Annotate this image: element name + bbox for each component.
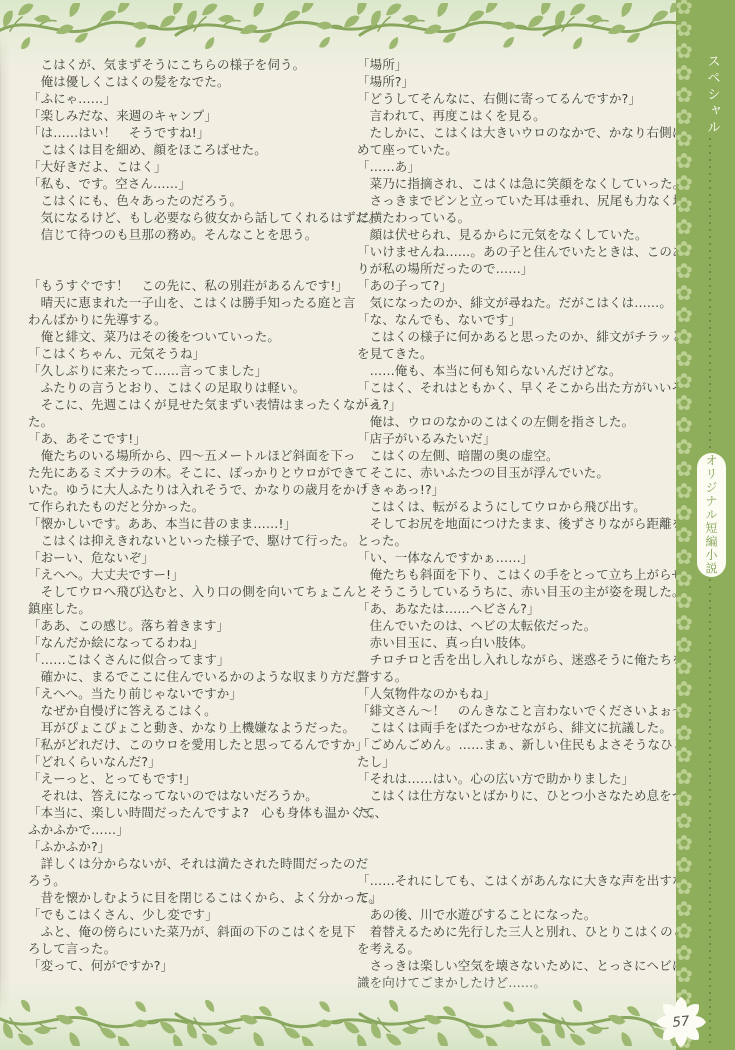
dotted-divider xyxy=(709,138,711,1044)
text-line: 赤い目玉に、真っ白い肢体。 xyxy=(357,634,675,651)
text-line: た先にあるミズナラの木。そこに、ぽっかりとウロができて xyxy=(28,464,352,481)
text-line: さっきは楽しい空気を壊さないために、とっさにヘビに意 xyxy=(357,957,675,974)
sidebar-label-category: オリジナル短編小説 xyxy=(703,454,720,576)
text-line: 「なんだか絵になってるわね」 xyxy=(28,634,352,651)
text-line: を見てきた。 xyxy=(357,345,675,362)
text-line: 「人気物件なのかもね」 xyxy=(357,685,675,702)
sidebar: ✿ ✿ ✿ ✿ ✿ ✿ ✿ ✿ ✿ ✿ ✿ ✿ ✿ ✿ ✿ ✿ ✿ ✿ ✿ ✿ … xyxy=(676,0,735,1050)
text-line: 「えへへ。大丈夫ですー!」 xyxy=(28,566,352,583)
text-line: チロチロと舌を出し入れしながら、迷惑そうに俺たちを一 xyxy=(357,651,675,668)
text-line: 「本当に、楽しい時間だったんですよ? 心も身体も温かくて、 xyxy=(28,804,352,821)
text-line: めて座っていた。 xyxy=(357,141,675,158)
text-line: 「どうしてそんなに、右側に寄ってるんですか?」 xyxy=(357,90,675,107)
text-line: 「こはく、それはともかく、早くそこから出た方がいいぞ」 xyxy=(357,379,675,396)
text-line: を考える。 xyxy=(357,940,675,957)
text-line xyxy=(357,821,675,838)
text-line: 昔を懐かしむように目を閉じるこはくから、よく分かった。 xyxy=(28,889,352,906)
text-line: 「ごめんごめん。……まぁ、新しい住民もよさそうなひとだっ xyxy=(357,736,675,753)
text-line: こはくは両手をばたつかせながら、緋文に抗議した。 xyxy=(357,719,675,736)
text-line: 「あの子って?」 xyxy=(357,277,675,294)
text-line xyxy=(357,855,675,872)
text-line xyxy=(357,838,675,855)
text-line: こはくは目を細め、顔をほころばせた。 xyxy=(28,141,352,158)
text-line: 「あ、あなたは……ヘビさん?」 xyxy=(357,600,675,617)
text-line: 「おーい、危ないぞ」 xyxy=(28,549,352,566)
text-line: こはくは仕方ないとばかりに、ひとつ小さなため息をつい xyxy=(357,787,675,804)
text-line: 俺と緋文、菜乃はその後をついていった。 xyxy=(28,328,352,345)
text-line: ふたりの言うとおり、こはくの足取りは軽い。 xyxy=(28,379,352,396)
text-line: 「緋文さん〜！ のんきなこと言わないでくださいよぉ〜!」 xyxy=(357,702,675,719)
text-line: あの後、川で水遊びすることになった。 xyxy=(357,906,675,923)
text-line: ふと、俺の傍らにいた菜乃が、斜面の下のこはくを見下 xyxy=(28,923,352,940)
story-text-column-left: こはくが、気まずそうにこちらの様子を伺う。 俺は優しくこはくの髪をなでた。「ふに… xyxy=(28,56,352,974)
text-line: 気になるけど、もし必要なら彼女から話してくれるはずだ。 xyxy=(28,209,352,226)
category-pill: オリジナル短編小説 xyxy=(697,453,726,577)
text-line: 俺は、ウロのなかのこはくの左側を指さした。 xyxy=(357,413,675,430)
text-line: 「……あ」 xyxy=(357,158,675,175)
text-line: 瞥する。 xyxy=(357,668,675,685)
text-line: ……俺も、本当に何も知らないんだけどな。 xyxy=(357,362,675,379)
text-line: なぜか自慢げに答えるこはく。 xyxy=(28,702,352,719)
text-line: そうこうしているうちに、赤い目玉の主が姿を現した。 xyxy=(357,583,675,600)
text-line: て」 xyxy=(357,889,675,906)
text-line: こはくは抑えきれないといった様子で、駆けて行った。 xyxy=(28,532,352,549)
text-line: 「ふにゃ……」 xyxy=(28,90,352,107)
text-line xyxy=(28,260,352,277)
text-line: 「懐かしいです。ああ、本当に昔のまま……!」 xyxy=(28,515,352,532)
text-line: こはくの左側、暗闇の奥の虚空。 xyxy=(357,447,675,464)
text-line: たしかに、こはくは大きいウロのなかで、かなり右側に詰 xyxy=(357,124,675,141)
text-line: 俺は優しくこはくの髪をなでた。 xyxy=(28,73,352,90)
text-line: そしてお尻を地面につけたまま、後ずさりながら距離を xyxy=(357,515,675,532)
text-line: 「変って、何がですか?」 xyxy=(28,957,352,974)
text-line: わんばかりに先導する。 xyxy=(28,311,352,328)
text-line: 「店子がいるみたいだ」 xyxy=(357,430,675,447)
text-line: そしてウロへ飛び込むと、入り口の側を向いてちょこんと xyxy=(28,583,352,600)
text-line: 「もうすぐです！ この先に、私の別荘があるんです!」 xyxy=(28,277,352,294)
text-line: 住んでいたのは、ヘビの太転依だった。 xyxy=(357,617,675,634)
text-line: に横たわっている。 xyxy=(357,209,675,226)
text-line: 「場所」 xyxy=(357,56,675,73)
text-line: 耳がぴょこぴょこと動き、かなり上機嫌なようだった。 xyxy=(28,719,352,736)
text-line: た。 xyxy=(28,413,352,430)
text-line: 「え?」 xyxy=(357,396,675,413)
text-line: そこに、先週こはくが見せた気まずい表情はまったくなかっ xyxy=(28,396,352,413)
text-line: 「えへへ。当たり前じゃないですか」 xyxy=(28,685,352,702)
text-line: 「ふかふか?」 xyxy=(28,838,352,855)
text-line: ろう。 xyxy=(28,872,352,889)
text-line: て作られたものだと分かった。 xyxy=(28,498,352,515)
text-line xyxy=(28,243,352,260)
text-line: 晴天に恵まれた一子山を、こはくは勝手知ったる庭と言 xyxy=(28,294,352,311)
text-line: 「い、一体なんですかぁ……」 xyxy=(357,549,675,566)
text-line: 詳しくは分からないが、それは満たされた時間だったのだ xyxy=(28,855,352,872)
text-line: 「きゃあっ!?」 xyxy=(357,481,675,498)
text-line: 「私も、です。空さん……」 xyxy=(28,175,352,192)
sidebar-label-special: スペシャル xyxy=(702,54,722,137)
page-number-flower: 57 xyxy=(654,995,708,1049)
text-line: ふかふかで……」 xyxy=(28,821,352,838)
text-line: 「それは……はい。心の広い方で助かりました」 xyxy=(357,770,675,787)
vine-icon xyxy=(0,3,680,51)
text-line: 「えーっと、とってもです!」 xyxy=(28,770,352,787)
text-line: 「私がどれだけ、このウロを愛用したと思ってるんですか」 xyxy=(28,736,352,753)
text-line: 「……それにしても、こはくがあんなに大きな声を出すなん xyxy=(357,872,675,889)
flower-chain-icon: ✿ ✿ ✿ ✿ ✿ ✿ ✿ ✿ ✿ ✿ ✿ ✿ ✿ ✿ ✿ ✿ ✿ ✿ ✿ ✿ … xyxy=(671,0,697,1050)
text-line: 「……こはくさんに似合ってます」 xyxy=(28,651,352,668)
text-line: 信じて待つのも旦那の務め。そんなことを思う。 xyxy=(28,226,352,243)
text-line: 「あ、あそこです!」 xyxy=(28,430,352,447)
text-line: 「場所?」 xyxy=(357,73,675,90)
text-line: 「久しぶりに来たって……言ってました」 xyxy=(28,362,352,379)
text-line: 気になったのか、緋文が尋ねた。だがこはくは……。 xyxy=(357,294,675,311)
text-line: 「な、なんでも、ないです」 xyxy=(357,311,675,328)
page-gutter-shadow xyxy=(0,0,11,1050)
story-text-column-right: 「場所」「場所?」「どうしてそんなに、右側に寄ってるんですか?」 言われて、再度… xyxy=(357,56,675,991)
text-line: 「こはくちゃん、元気そうね」 xyxy=(28,345,352,362)
text-line: 確かに、まるでここに住んでいるかのような収まり方だ。 xyxy=(28,668,352,685)
text-line: そこに、赤いふたつの目玉が浮んでいた。 xyxy=(357,464,675,481)
text-line: りが私の場所だったので……」 xyxy=(357,260,675,277)
text-line: た。 xyxy=(357,804,675,821)
text-line: 俺たちも斜面を下り、こはくの手をとって立ち上がらせる。 xyxy=(357,566,675,583)
page-number: 57 xyxy=(651,992,710,1050)
text-line: 着替えるために先行した三人と別れ、ひとりこはくのこと xyxy=(357,923,675,940)
text-line: 「大好きだよ、こはく」 xyxy=(28,158,352,175)
text-line: それは、答えになってないのではないだろうか。 xyxy=(28,787,352,804)
vine-icon xyxy=(0,998,680,1046)
text-line: いた。ゆうに大人ふたりは入れそうで、かなりの歳月をかけ xyxy=(28,481,352,498)
text-line: 識を向けてごまかしたけど……。 xyxy=(357,974,675,991)
text-line: とった。 xyxy=(357,532,675,549)
text-line: 「は……はい！ そうですね!」 xyxy=(28,124,352,141)
text-line: こはくは、転がるようにしてウロから飛び出す。 xyxy=(357,498,675,515)
text-line: たし」 xyxy=(357,753,675,770)
text-line: 「ああ、この感じ。落ち着きます」 xyxy=(28,617,352,634)
text-line: 俺たちのいる場所から、四〜五メートルほど斜面を下っ xyxy=(28,447,352,464)
text-line: 「いけませんね……。あの子と住んでいたときは、このあた xyxy=(357,243,675,260)
text-line: 菜乃に指摘され、こはくは急に笑顔をなくしていった。 xyxy=(357,175,675,192)
text-line: 「どれくらいなんだ?」 xyxy=(28,753,352,770)
text-line: 「でもこはくさん、少し変です」 xyxy=(28,906,352,923)
text-line: こはくの様子に何かあると思ったのか、緋文がチラッと俺 xyxy=(357,328,675,345)
text-line: 「楽しみだな、来週のキャンプ」 xyxy=(28,107,352,124)
book-page: こはくが、気まずそうにこちらの様子を伺う。 俺は優しくこはくの髪をなでた。「ふに… xyxy=(0,0,735,1050)
text-line: 言われて、再度こはくを見る。 xyxy=(357,107,675,124)
text-line: 鎮座した。 xyxy=(28,600,352,617)
text-line: こはくにも、色々あったのだろう。 xyxy=(28,192,352,209)
text-line: 顔は伏せられ、見るからに元気をなくしていた。 xyxy=(357,226,675,243)
text-line: こはくが、気まずそうにこちらの様子を伺う。 xyxy=(28,56,352,73)
text-line: さっきまでピンと立っていた耳は垂れ、尻尾も力なく地面 xyxy=(357,192,675,209)
text-line: ろして言った。 xyxy=(28,940,352,957)
